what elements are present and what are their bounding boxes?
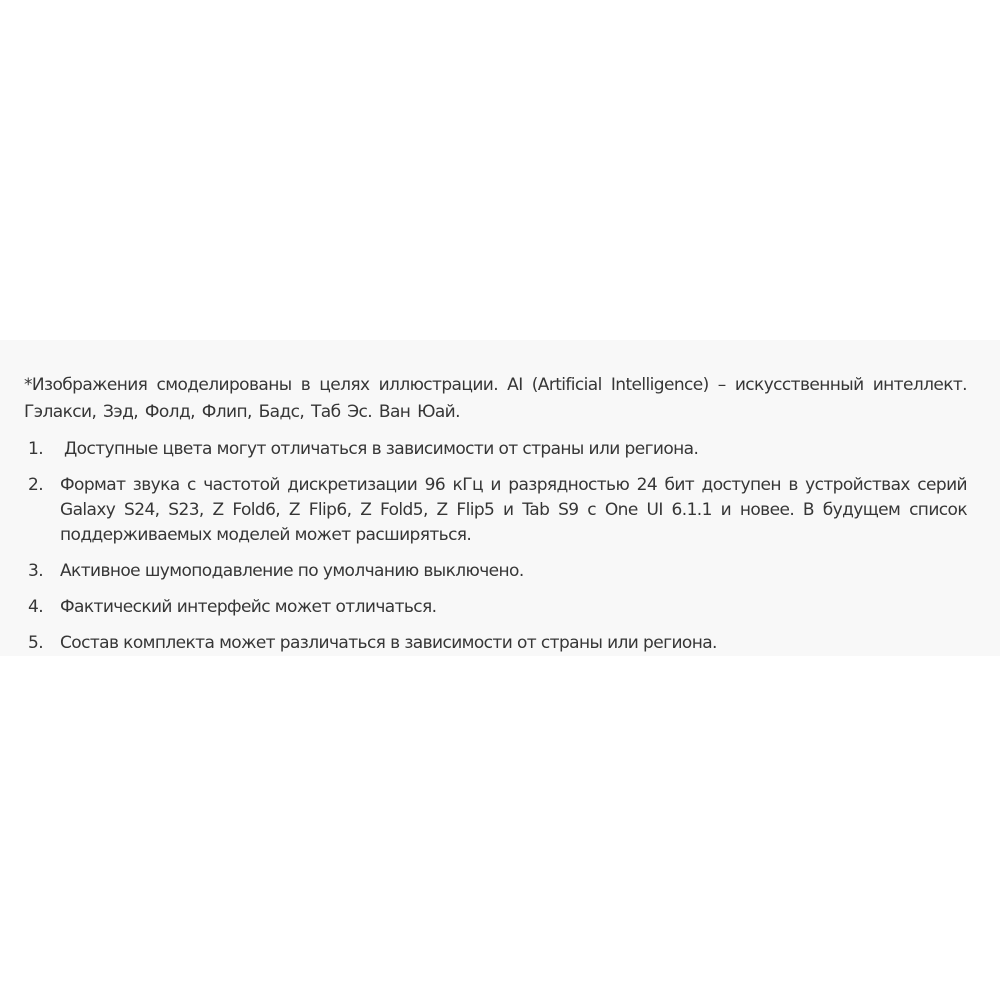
- footnote-text: Формат звука с частотой дискретизации 96…: [60, 473, 967, 548]
- disclaimer-section: *Изображения смоделированы в целях иллюс…: [24, 372, 967, 667]
- footnote-text: Доступные цвета могут отличаться в завис…: [64, 437, 967, 462]
- footnote-item: 3. Активное шумоподавление по умолчанию …: [24, 559, 967, 584]
- footnote-number: 5.: [24, 631, 60, 656]
- footnote-number: 1.: [24, 437, 64, 462]
- footnote-text: Фактический интерфейс может отличаться.: [60, 595, 967, 620]
- footnote-item: 2. Формат звука с частотой дискретизации…: [24, 473, 967, 548]
- footnote-item: 4. Фактический интерфейс может отличатьс…: [24, 595, 967, 620]
- footnote-text: Активное шумоподавление по умолчанию вык…: [60, 559, 967, 584]
- disclaimer-intro: *Изображения смоделированы в целях иллюс…: [24, 372, 967, 426]
- footnotes-list: 1. Доступные цвета могут отличаться в за…: [24, 437, 967, 656]
- footnote-number: 2.: [24, 473, 60, 498]
- footnote-number: 3.: [24, 559, 60, 584]
- footnote-item: 1. Доступные цвета могут отличаться в за…: [24, 437, 967, 462]
- footnote-text: Состав комплекта может различаться в зав…: [60, 631, 967, 656]
- footnote-item: 5. Состав комплекта может различаться в …: [24, 631, 967, 656]
- footnote-number: 4.: [24, 595, 60, 620]
